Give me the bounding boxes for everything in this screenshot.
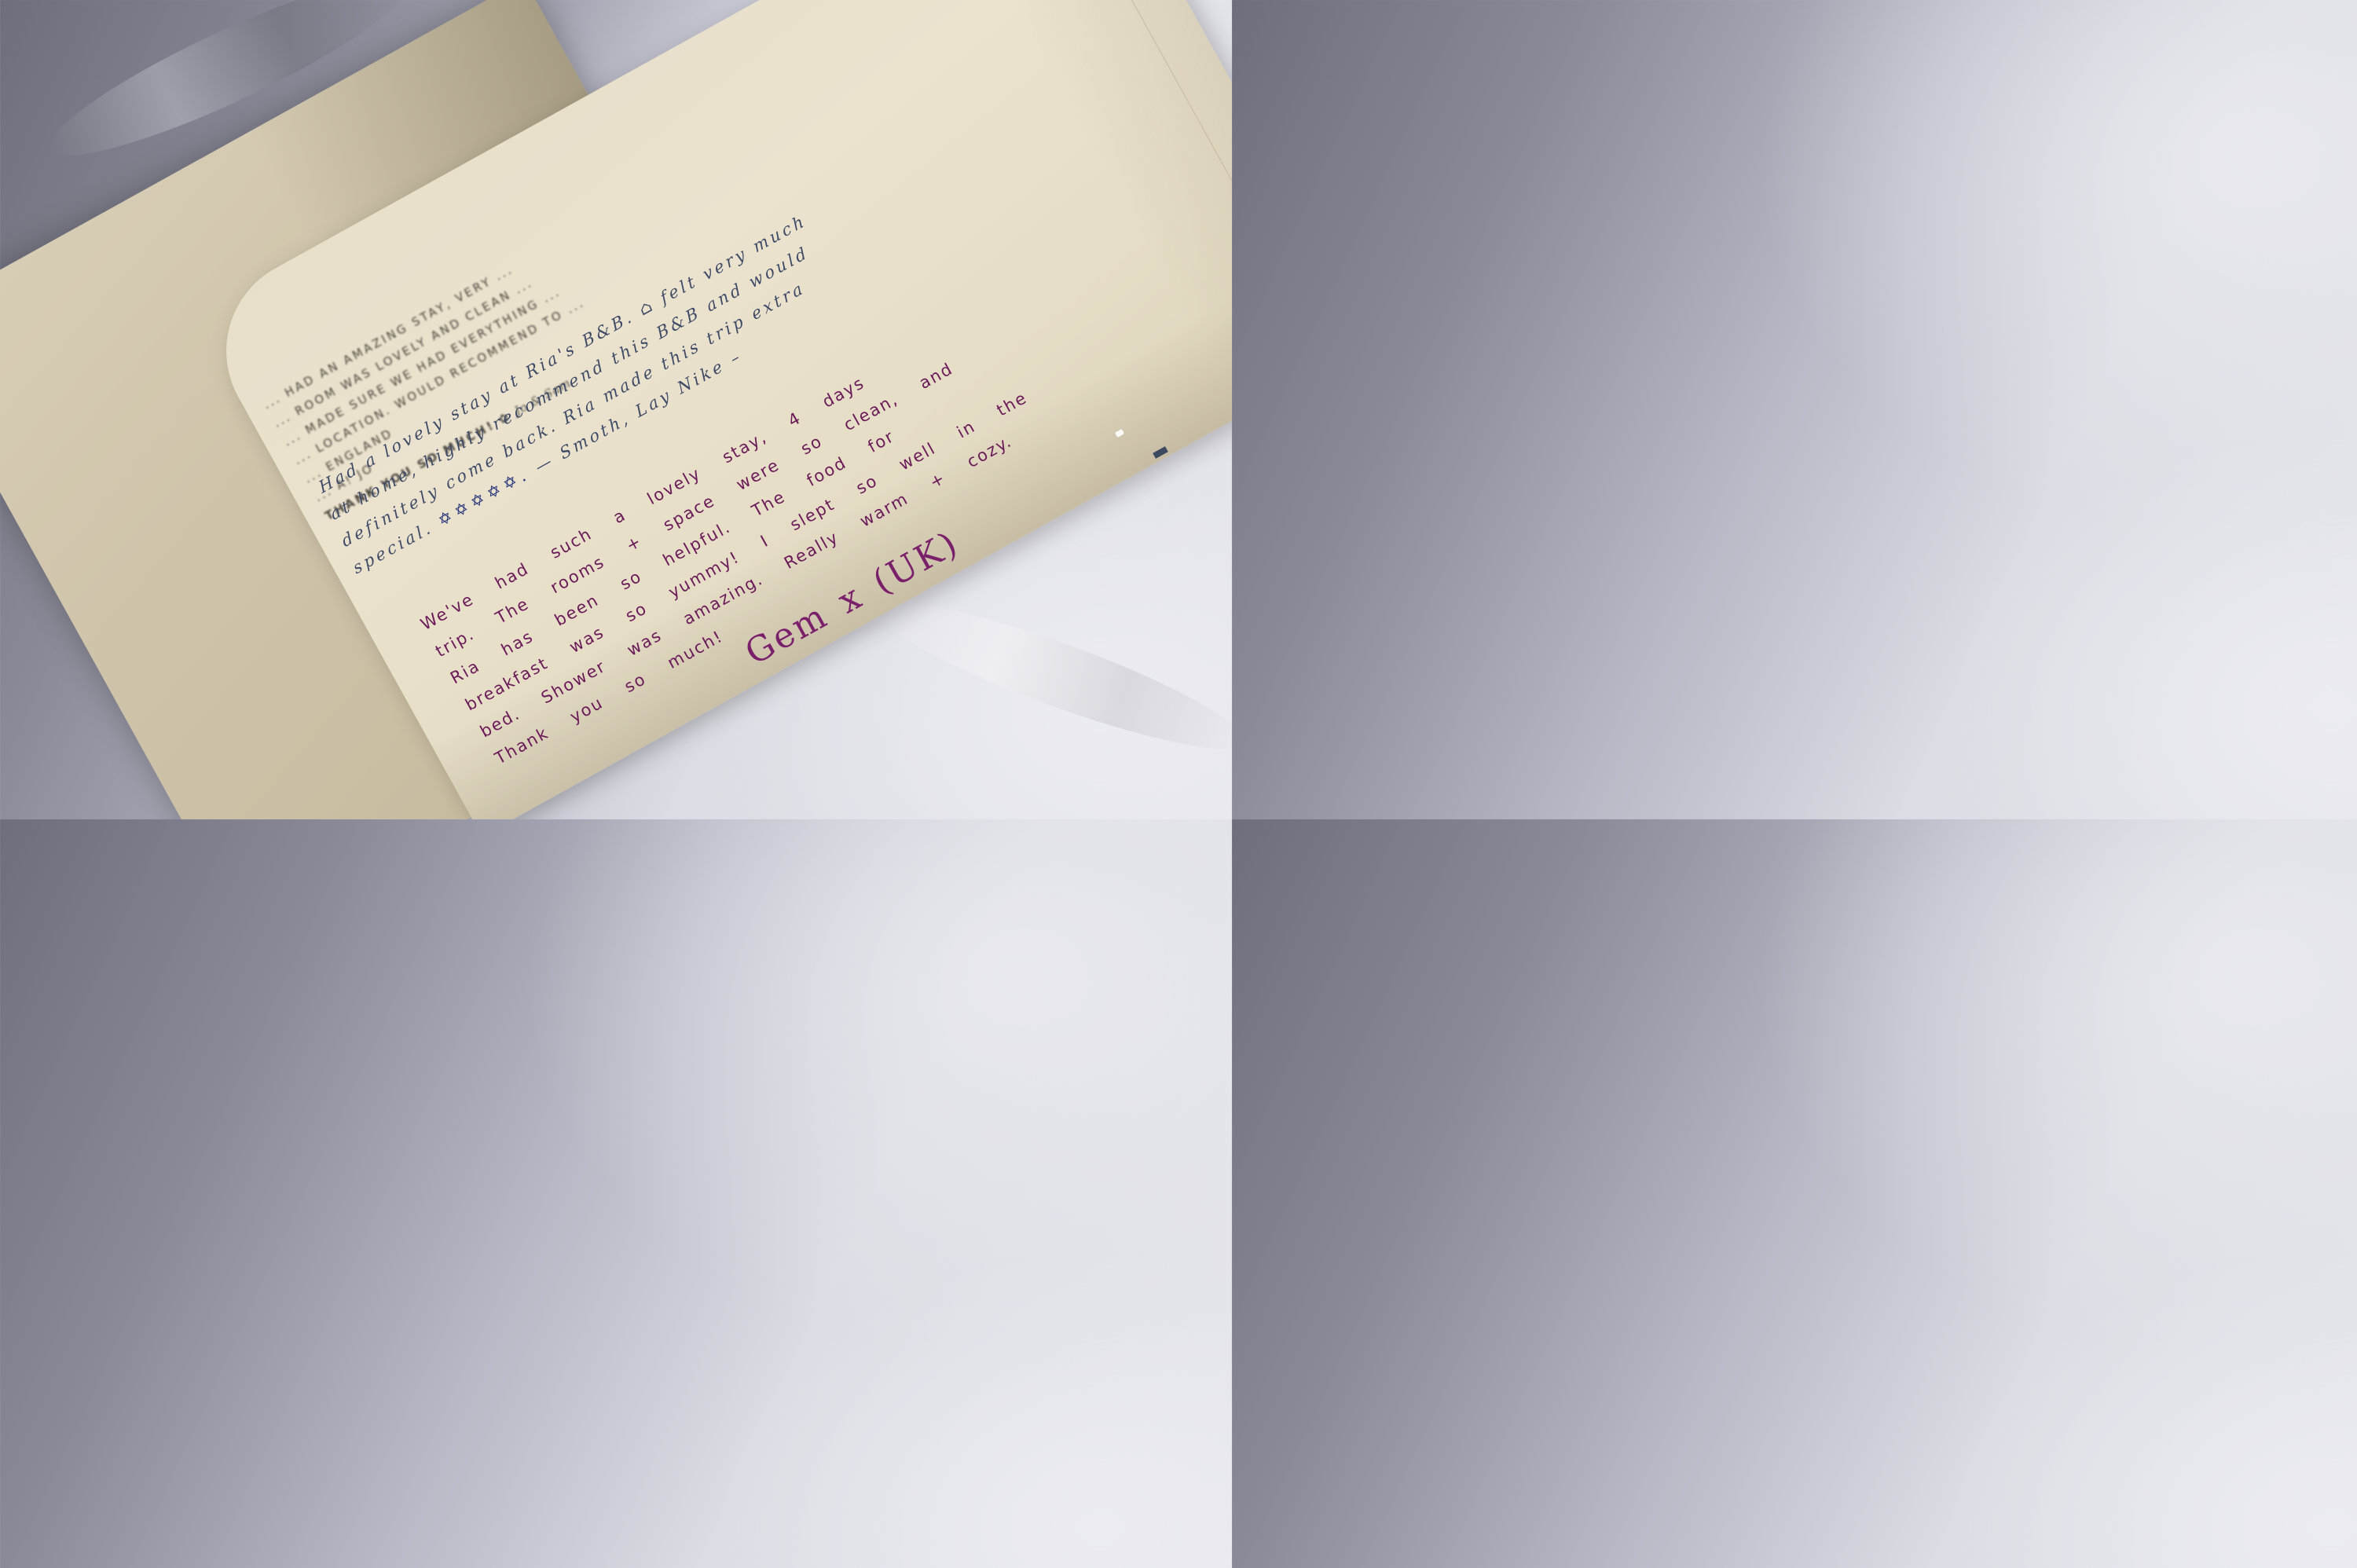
photo-scene: ... HAD AN AMAZING STAY, VERY ... ... RO… xyxy=(0,0,1232,819)
cloth-wrinkle xyxy=(865,579,1232,772)
